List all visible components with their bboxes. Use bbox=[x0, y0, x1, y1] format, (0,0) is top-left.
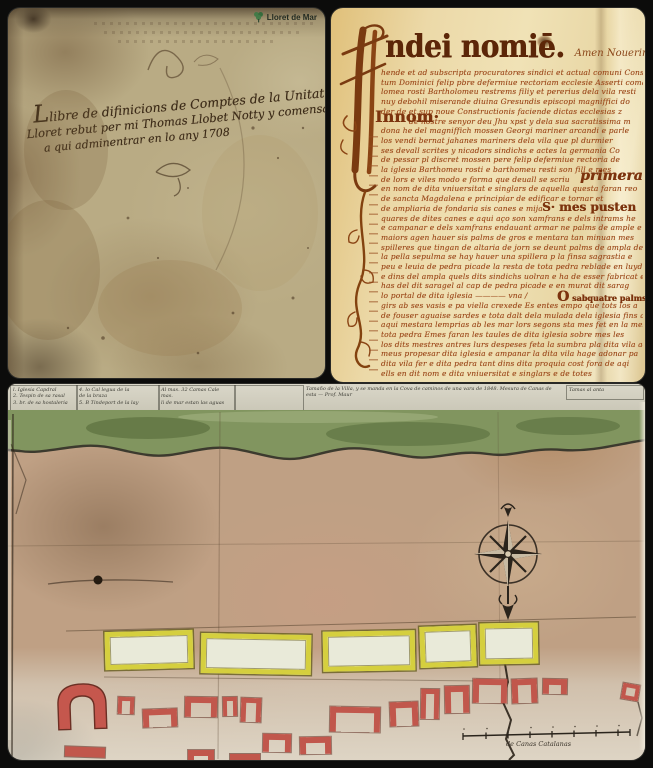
manuscript-line: ses devall scrites y nicadors sindichs e… bbox=[381, 146, 643, 156]
photo-collage: Lloret de Mar Llibre de difinicions de C… bbox=[0, 0, 653, 768]
red-building bbox=[300, 737, 331, 755]
red-building-partial bbox=[230, 754, 260, 760]
manuscript-line: tota pedra Emes faran les taules de dita… bbox=[381, 330, 643, 340]
manuscript-line: tum Dominici felip pbre defermiue rector… bbox=[381, 78, 643, 88]
red-building bbox=[445, 686, 469, 713]
red-building bbox=[330, 707, 380, 733]
rubric-word: Innom· bbox=[375, 107, 439, 126]
compass-rose-icon bbox=[463, 496, 553, 626]
heading-suffix: Amen Nouerint vniuersi Nos bbox=[575, 48, 645, 59]
red-building bbox=[473, 679, 507, 704]
manuscript-line: ells en dit nom e dita vniuersitat e sin… bbox=[381, 369, 643, 379]
manuscript-line: de fouser aguaise sardes e tota dalt del… bbox=[381, 311, 643, 321]
red-building-partial bbox=[188, 750, 214, 760]
red-building bbox=[118, 697, 135, 715]
paper-edge bbox=[639, 402, 645, 750]
scale-bar bbox=[463, 729, 630, 740]
manuscript-line: hende et ad subscripta procuratores sind… bbox=[381, 68, 643, 78]
rubric-word-mespusten: S· mes pusten bbox=[542, 200, 636, 214]
yellow-plot bbox=[201, 633, 312, 675]
red-building bbox=[543, 679, 567, 694]
yellow-plot bbox=[419, 625, 476, 668]
manuscript-line: quares de dites canes e aqui aço son xam… bbox=[381, 214, 643, 224]
parchment-stains bbox=[8, 8, 325, 378]
photo-manuscript[interactable]: ndei nomiē. Amen Nouerint vniuersi Nos h… bbox=[331, 8, 645, 382]
manuscript-line: los dits mestres antres lurs despeses fe… bbox=[381, 340, 643, 350]
manuscript-line: lomea rosti Bartholomeu restrems filiy e… bbox=[381, 87, 643, 97]
manuscript-line: maiors agen hauer sis palms de gros e me… bbox=[381, 233, 643, 243]
manuscript-line: peu e leuia de pedra picade la resta de … bbox=[381, 262, 643, 272]
red-building bbox=[421, 689, 440, 719]
manuscript-line: los vendi bernat jahanes mariners dela v… bbox=[381, 136, 643, 146]
red-building bbox=[621, 683, 641, 702]
manuscript-line: aqui mestara lemprias ab les mar lors se… bbox=[381, 320, 643, 330]
red-building bbox=[512, 679, 538, 704]
paper-edge bbox=[8, 420, 11, 740]
photo-town-plan[interactable]: l. Iglesia Capdral 2. Tespin de sa rasal… bbox=[8, 384, 645, 760]
photo-title-page[interactable]: Lloret de Mar Llibre de difinicions de C… bbox=[8, 8, 325, 378]
manuscript-line: de pessar pl discret mossen pere felip d… bbox=[381, 155, 643, 165]
manuscript-line: spilleres que tingan de altaria de jorn … bbox=[381, 243, 643, 253]
red-building bbox=[390, 702, 419, 727]
scale-label: de Canas Catalanas bbox=[506, 740, 572, 748]
red-building-partial bbox=[65, 746, 105, 757]
manuscript-heading: ndei nomiē. Amen Nouerint vniuersi Nos bbox=[385, 30, 645, 63]
red-arch-building bbox=[54, 679, 110, 731]
manuscript-line: nuy debohil miserande diuina Gresundis e… bbox=[381, 97, 643, 107]
red-building bbox=[185, 697, 217, 718]
margin-dashes bbox=[369, 136, 378, 374]
red-building bbox=[263, 734, 291, 752]
manuscript-line: e campanar e dels xamfrans endauant arma… bbox=[381, 223, 643, 233]
manuscript-line: meus propesar dita iglesia e ampanar la … bbox=[381, 349, 643, 359]
manuscript-line: en nom de dita vniuersitat e singlars de… bbox=[381, 184, 643, 194]
red-building bbox=[241, 698, 262, 723]
red-building bbox=[223, 697, 237, 716]
heading-text: ndei nomiē. bbox=[385, 28, 565, 65]
yellow-plot bbox=[323, 630, 416, 672]
red-building bbox=[143, 708, 178, 727]
rubric-word-o: O sabquatre palms bbox=[557, 289, 645, 305]
manuscript-line: dona he del magniffich mossen Georgi mar… bbox=[381, 126, 643, 136]
yellow-plot bbox=[480, 622, 539, 664]
yellow-plot bbox=[105, 630, 194, 670]
manuscript-line: la pella sepulma se hay hauer una spille… bbox=[381, 252, 643, 262]
manuscript-line: e dins del ampla quels dits sindichs uol… bbox=[381, 272, 643, 282]
manuscript-line: dita vila fer e dita pedra tant dins dit… bbox=[381, 359, 643, 369]
rubric-word-primera: primera bbox=[580, 168, 643, 184]
